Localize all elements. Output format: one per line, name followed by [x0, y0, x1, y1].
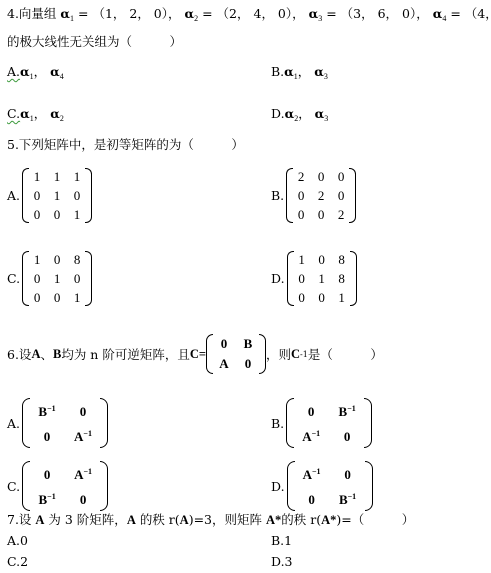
matrix-cell: B−1 [330, 486, 366, 511]
matrix-cell: 0 [29, 461, 65, 486]
matrix-cell: 2 [291, 167, 311, 186]
q4-option-d[interactable]: D.α2， α3 [271, 106, 328, 127]
vector-value: = （4， 9， 0） [446, 6, 491, 21]
matrix-cell: 0 [331, 186, 351, 205]
matrix-cell: A−1 [293, 423, 329, 448]
matrix-cell: 1 [332, 288, 352, 307]
vector-value: = （2， 4， 0）， [198, 6, 304, 21]
alpha-symbol: α [20, 64, 30, 79]
q5-option-c[interactable]: C. 108 010 001 [7, 250, 92, 307]
subscript: 2 [60, 114, 64, 123]
matrix-cell: 0 [67, 269, 87, 288]
matrix-symbol-a: A [127, 513, 136, 527]
alpha-symbol: α [185, 6, 195, 21]
matrix-cell: A−1 [65, 423, 101, 448]
matrix-cell: 0 [291, 205, 311, 224]
matrix-cell: 0 [311, 205, 331, 224]
matrix-cell: 0 [27, 288, 47, 307]
adjugate-symbol: A* [321, 513, 336, 527]
question-4-stem-line2: 的极大线性无关组为（ ） [7, 34, 182, 50]
subscript: 4 [60, 72, 64, 81]
question-5-stem: 5.下列矩阵中，是初等矩阵的为（ ） [7, 137, 244, 153]
matrix-cell: A−1 [65, 461, 101, 486]
question-6-stem: 6.设 A、B 均为 n 阶可逆矩阵，且 C= 0B A0 ，则 C-1是（ ） [7, 334, 383, 374]
q5-option-a[interactable]: A. 111 010 001 [7, 167, 92, 224]
option-label: B. [271, 416, 284, 431]
option-label: C. [7, 106, 20, 121]
matrix-3x3: 200 020 002 [286, 167, 356, 224]
matrix-symbol-c: C= [190, 347, 206, 362]
option-label: B. [271, 188, 284, 203]
matrix-cell: 0 [311, 167, 331, 186]
alpha-symbol: α [284, 64, 294, 79]
matrix-cell: 1 [67, 288, 87, 307]
q7-text: 为 3 阶矩阵， [44, 512, 126, 527]
matrix-3x3: 108 018 001 [287, 250, 357, 307]
matrix-cell: A−1 [294, 461, 330, 486]
q4-prefix: 4.向量组 [7, 6, 60, 21]
question-4-stem: 4.向量组 α1 = （1， 2， 0），α2 = （2， 4， 0），α3 =… [7, 6, 491, 27]
matrix-cell: B [236, 334, 260, 354]
matrix-3x3: 108 010 001 [22, 250, 92, 307]
matrix-cell: 1 [27, 250, 47, 269]
matrix-cell: 0 [29, 423, 65, 448]
q4-option-c[interactable]: C.α1， α2 [7, 106, 64, 127]
q6-option-b[interactable]: B. 0 B−1 A−1 0 [271, 398, 372, 448]
option-label: A. [7, 188, 20, 203]
option-label: D. [271, 479, 285, 494]
vector-value: = （1， 2， 0）， [74, 6, 180, 21]
matrix-cell: 0 [292, 269, 312, 288]
matrix-cell: 0 [293, 398, 329, 423]
matrix-symbol-b: B [53, 347, 61, 362]
matrix-cell: 1 [47, 269, 67, 288]
q4-option-b[interactable]: B.α1， α3 [271, 64, 328, 85]
q6-option-c[interactable]: C. 0 A−1 B−1 0 [7, 461, 108, 511]
q6-text: 是（ ） [308, 345, 383, 363]
block-matrix-c: 0B A0 [206, 334, 266, 374]
question-7-stem: 7.设 A 为 3 阶矩阵，A 的秩 r(A)=3，则矩阵 A*的秩 r(A*)… [7, 512, 414, 528]
matrix-cell: 0 [329, 423, 365, 448]
matrix-cell: 0 [47, 288, 67, 307]
matrix-cell: 1 [27, 167, 47, 186]
matrix-cell: 8 [332, 269, 352, 288]
q7-text: )=（ ） [336, 512, 414, 527]
matrix-cell: 0 [27, 205, 47, 224]
alpha-symbol: α [20, 106, 30, 121]
alpha-symbol: α [50, 106, 60, 121]
matrix-cell: 0 [47, 250, 67, 269]
option-label: A. [7, 64, 20, 79]
option-label: C. [7, 271, 20, 286]
matrix-symbol-a: A [31, 347, 40, 362]
option-label: D. [271, 271, 285, 286]
q6-text: 6.设 [7, 345, 31, 363]
matrix-3x3: 111 010 001 [22, 167, 92, 224]
q5-option-d[interactable]: D. 108 018 001 [271, 250, 357, 307]
alpha-symbol: α [309, 6, 319, 21]
matrix-cell: 0 [330, 461, 366, 486]
q7-text: 的秩 r( [281, 512, 321, 527]
q7-text: 的秩 r( [136, 512, 180, 527]
matrix-cell: 0 [291, 186, 311, 205]
matrix-cell: 0 [212, 334, 236, 354]
matrix-cell: 0 [312, 250, 332, 269]
matrix-cell: 2 [331, 205, 351, 224]
matrix-cell: B−1 [29, 486, 65, 511]
matrix-cell: 1 [47, 186, 67, 205]
matrix-cell: 0 [27, 269, 47, 288]
matrix-cell: 0 [65, 486, 101, 511]
matrix-cell: 1 [312, 269, 332, 288]
q6-option-d[interactable]: D. A−1 0 0 B−1 [271, 461, 373, 511]
alpha-symbol: α [50, 64, 60, 79]
subscript: 3 [324, 114, 328, 123]
alpha-symbol: α [314, 64, 324, 79]
matrix-cell: A [212, 354, 236, 374]
q7-text: )=3，则矩阵 [189, 512, 266, 527]
matrix-cell: B−1 [29, 398, 65, 423]
option-label: A. [7, 416, 20, 431]
block-matrix: B−1 0 0 A−1 [22, 398, 108, 448]
matrix-cell: 0 [47, 205, 67, 224]
matrix-cell: 1 [292, 250, 312, 269]
matrix-cell: 1 [47, 167, 67, 186]
matrix-cell: 2 [311, 186, 331, 205]
matrix-cell: 0 [292, 288, 312, 307]
q7-option-c[interactable]: C.2 [7, 554, 28, 570]
matrix-cell: 0 [65, 398, 101, 423]
q7-option-b[interactable]: B.1 [271, 533, 292, 549]
matrix-cell: 8 [332, 250, 352, 269]
q4-option-a[interactable]: A.α1， α4 [7, 64, 64, 85]
q6-text: 均为 n 阶可逆矩阵，且 [61, 345, 190, 363]
matrix-symbol-a: A [180, 513, 189, 527]
adjugate-symbol: A* [266, 513, 281, 527]
matrix-cell: B−1 [329, 398, 365, 423]
matrix-cell: 8 [67, 250, 87, 269]
matrix-cell: 0 [294, 486, 330, 511]
alpha-symbol: α [315, 106, 325, 121]
q7-text: 7.设 [7, 512, 35, 527]
q5-option-b[interactable]: B. 200 020 002 [271, 167, 356, 224]
q6-option-a[interactable]: A. B−1 0 0 A−1 [7, 398, 108, 448]
matrix-cell: 1 [67, 167, 87, 186]
q7-option-a[interactable]: A.0 [7, 533, 28, 549]
matrix-cell: 0 [312, 288, 332, 307]
option-label: B. [271, 64, 284, 79]
option-label: D. [271, 106, 285, 121]
alpha-symbol: α [285, 106, 295, 121]
separator: ， [298, 106, 314, 121]
block-matrix: 0 B−1 A−1 0 [286, 398, 372, 448]
alpha-symbol: α [60, 6, 70, 21]
inverse-superscript: -1 [300, 350, 308, 359]
q6-text: 、 [40, 345, 53, 363]
q7-option-d[interactable]: D.3 [271, 554, 293, 570]
q6-text: ，则 [266, 345, 291, 363]
vector-value: = （3， 6， 0）， [322, 6, 428, 21]
block-matrix: A−1 0 0 B−1 [287, 461, 373, 511]
matrix-symbol-c: C [291, 347, 300, 362]
separator: ， [34, 64, 50, 79]
separator: ， [298, 64, 314, 79]
option-label: C. [7, 479, 20, 494]
matrix-cell: 0 [331, 167, 351, 186]
alpha-symbol: α [433, 6, 443, 21]
matrix-cell: 1 [67, 205, 87, 224]
matrix-cell: 0 [236, 354, 260, 374]
matrix-cell: 0 [67, 186, 87, 205]
subscript: 3 [324, 72, 328, 81]
matrix-cell: 0 [27, 186, 47, 205]
block-matrix: 0 A−1 B−1 0 [22, 461, 108, 511]
separator: ， [34, 106, 50, 121]
